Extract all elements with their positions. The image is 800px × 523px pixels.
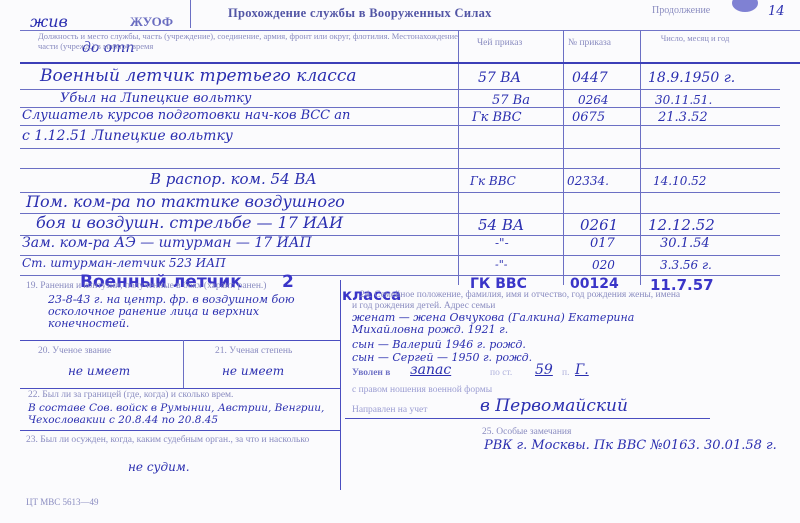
divider <box>458 30 459 285</box>
row-position: Пом. ком-ра по тактике воздушного <box>26 192 345 211</box>
row-date: 30.11.51. <box>655 93 712 107</box>
section-25-label: 25. Особые замечания <box>482 427 571 437</box>
continuation-label: Продолжение <box>652 5 710 16</box>
row-position: Слушатель курсов подготовки нач-ков ВСС … <box>22 108 350 123</box>
uniform-right-label: с правом ношения военной формы <box>352 385 492 395</box>
divider <box>20 62 800 64</box>
row-line <box>20 125 780 126</box>
discharge-value: запас <box>410 362 451 378</box>
discharge-article-label: по ст. <box>490 368 512 378</box>
top-left-handwritten: жив <box>30 12 68 31</box>
row-date: 14.10.52 <box>653 174 706 188</box>
discharge-label: Уволен в <box>352 368 390 378</box>
row-line <box>20 168 780 169</box>
column-header-date: Число, месяц и год <box>650 33 740 43</box>
discharge-point: Г. <box>575 362 589 378</box>
divider <box>20 340 340 341</box>
row-number: 0261 <box>580 216 618 234</box>
row-position: с 1.12.51 Липецкие вольтку <box>22 128 233 144</box>
page-mark: 14 <box>768 4 785 19</box>
section-23-value: не судим. <box>128 460 190 474</box>
row-date: 18.9.1950 г. <box>648 70 735 86</box>
row-number: 02334. <box>567 174 609 188</box>
column-header-position: Должность и место службы, часть (учрежде… <box>38 31 458 51</box>
column-header-number: № приказа <box>568 38 611 48</box>
registration-value: в Первомайский <box>480 396 628 416</box>
divider <box>640 30 641 285</box>
stamp-class-number: 2 <box>282 272 294 292</box>
row-position: Военный летчик третьего класса <box>40 66 356 86</box>
section-19-value: 23-8-43 г. на центр. фр. в воздушном бою… <box>48 294 333 330</box>
discharge-point-label: п. <box>562 368 569 378</box>
row-number: 0264 <box>578 93 609 107</box>
page-title: Прохождение службы в Вооруженных Силах <box>228 6 492 21</box>
section-20-label: 20. Ученое звание <box>38 346 111 356</box>
row-by: 57 ВА <box>478 70 521 86</box>
row-position: В распор. ком. 54 ВА <box>150 170 317 188</box>
row-by: -"- <box>495 258 508 271</box>
section-24-spouse: женат — жена Овчукова (Галкина) Екатерин… <box>352 312 672 336</box>
section-24-child-1: сын — Валерий 1946 г. рожд. <box>352 338 526 351</box>
divider <box>190 0 191 28</box>
row-line <box>20 148 780 149</box>
row-number: 017 <box>590 236 615 251</box>
section-24-label: 24. Семейное положение, фамилия, имя и о… <box>352 290 682 312</box>
section-20-value: не имеет <box>68 364 130 378</box>
divider <box>183 340 184 388</box>
row-date: 12.12.52 <box>648 216 715 234</box>
row-by: 54 ВА <box>478 216 524 234</box>
row-line <box>20 89 780 90</box>
row-number: 0675 <box>572 110 605 125</box>
form-code: ЦТ МВС 5613—49 <box>26 497 99 507</box>
discharge-article: 59 <box>535 362 553 378</box>
row-position: Убыл на Липецкие вольтку <box>60 91 251 106</box>
row-by: 57 Ва <box>492 93 530 108</box>
service-record-document: Прохождение службы в Вооруженных Силах П… <box>0 0 800 523</box>
section-22-value: В составе Сов. войск в Румынии, Австрии,… <box>28 402 358 426</box>
seal-stamp <box>732 0 758 12</box>
top-left-stamp: ЖУОФ <box>130 14 173 30</box>
row-by: -"- <box>495 236 509 250</box>
section-19-label: 19. Ранения и контузии, полученные в боя… <box>26 281 266 291</box>
section-21-value: не имеет <box>222 364 284 378</box>
row-position: боя и воздушн. стрельбе — 17 ИАИ <box>36 213 343 232</box>
row-position: Зам. ком-ра АЭ — штурман — 17 ИАП <box>22 235 312 251</box>
divider <box>20 430 340 431</box>
divider <box>20 388 340 389</box>
divider <box>340 280 341 490</box>
row-number: 020 <box>592 258 615 272</box>
row-by: Гк ВВС <box>470 174 516 188</box>
row-number: 0447 <box>572 70 608 86</box>
divider <box>345 418 710 419</box>
row-by: Гк ВВС <box>472 110 522 125</box>
row-date: 30.1.54 <box>660 236 710 251</box>
divider <box>563 30 564 285</box>
section-25-value: РВК г. Москвы. Пк ВВС №0163. 30.01.58 г. <box>484 438 777 453</box>
column-header-by: Чей приказ <box>477 38 522 48</box>
section-23-label: 23. Был ли осужден, когда, каким судебны… <box>26 435 336 446</box>
section-21-label: 21. Ученая степень <box>215 346 292 356</box>
row-date: 21.3.52 <box>658 110 708 125</box>
registration-label: Направлен на учет <box>352 405 427 415</box>
section-22-label: 22. Был ли за границей (где, когда) и ск… <box>28 390 233 400</box>
row-position: Ст. штурман-летчик 523 ИАП <box>22 256 226 270</box>
row-date: 3.3.56 г. <box>660 258 712 272</box>
